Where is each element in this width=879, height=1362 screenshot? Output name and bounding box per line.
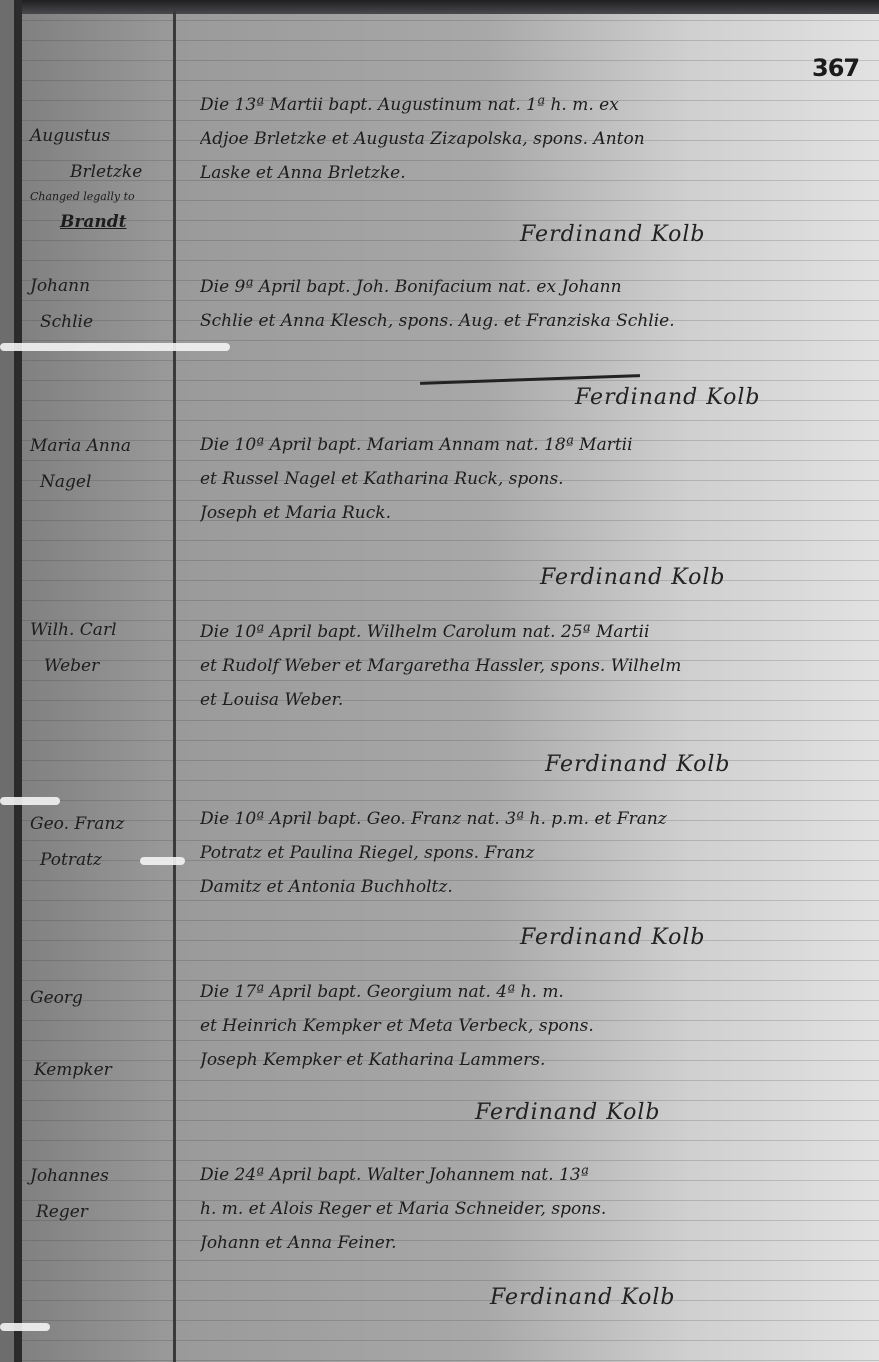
left-column-rule bbox=[14, 0, 22, 1362]
margin-name-entry-6: Georg Kempker bbox=[30, 980, 175, 1088]
entry-line: Die 10ª April bapt. Wilhelm Carolum nat.… bbox=[200, 615, 865, 649]
entry-5-text: Die 10ª April bapt. Geo. Franz nat. 3ª h… bbox=[200, 802, 865, 904]
margin-name-entry-7: Johannes Reger bbox=[30, 1158, 175, 1230]
ink-stroke bbox=[420, 374, 640, 385]
margin-given-name: Geo. Franz bbox=[30, 814, 124, 834]
entry-line: Schlie et Anna Klesch, spons. Aug. et Fr… bbox=[200, 304, 865, 338]
margin-name-entry-2: Johann Schlie bbox=[30, 268, 175, 340]
entry-line: Johann et Anna Feiner. bbox=[200, 1226, 865, 1260]
entry-line: et Heinrich Kempker et Meta Verbeck, spo… bbox=[200, 1009, 865, 1043]
entry-2-text: Die 9ª April bapt. Joh. Bonifacium nat. … bbox=[200, 270, 865, 338]
margin-surname: Schlie bbox=[30, 312, 93, 332]
signature-entry-2: Ferdinand Kolb bbox=[575, 385, 875, 410]
page-number: 367 bbox=[812, 54, 859, 82]
signature-entry-4: Ferdinand Kolb bbox=[545, 752, 845, 777]
scan-smudge bbox=[140, 857, 185, 865]
entry-line: Die 10ª April bapt. Mariam Annam nat. 18… bbox=[200, 428, 865, 462]
entry-line: Potratz et Paulina Riegel, spons. Franz bbox=[200, 836, 865, 870]
margin-name-entry-1: Augustus Brletzke Changed legally to Bra… bbox=[30, 118, 175, 240]
entry-line: et Russel Nagel et Katharina Ruck, spons… bbox=[200, 462, 865, 496]
entry-line: et Louisa Weber. bbox=[200, 683, 865, 717]
entry-line: Die 13ª Martii bapt. Augustinum nat. 1ª … bbox=[200, 88, 865, 122]
entry-line: et Rudolf Weber et Margaretha Hassler, s… bbox=[200, 649, 865, 683]
entry-1-text: Die 13ª Martii bapt. Augustinum nat. 1ª … bbox=[200, 88, 865, 190]
margin-surname: Nagel bbox=[30, 472, 91, 492]
entry-line: Damitz et Antonia Buchholtz. bbox=[200, 870, 865, 904]
entry-line: Die 24ª April bapt. Walter Johannem nat.… bbox=[200, 1158, 865, 1192]
entry-3-text: Die 10ª April bapt. Mariam Annam nat. 18… bbox=[200, 428, 865, 530]
margin-surname-changed: Brandt bbox=[30, 212, 126, 232]
margin-note: Changed legally to bbox=[30, 190, 175, 204]
signature-entry-1: Ferdinand Kolb bbox=[520, 222, 820, 247]
entry-6-text: Die 17ª April bapt. Georgium nat. 4ª h. … bbox=[200, 975, 865, 1077]
signature-entry-6: Ferdinand Kolb bbox=[475, 1100, 775, 1125]
scan-smudge bbox=[0, 797, 60, 805]
entry-line: Joseph Kempker et Katharina Lammers. bbox=[200, 1043, 865, 1077]
margin-given-name: Georg bbox=[30, 988, 83, 1008]
entry-line: h. m. et Alois Reger et Maria Schneider,… bbox=[200, 1192, 865, 1226]
margin-name-entry-5: Geo. Franz Potratz bbox=[30, 806, 175, 878]
entry-line: Joseph et Maria Ruck. bbox=[200, 496, 865, 530]
signature-entry-7: Ferdinand Kolb bbox=[490, 1285, 790, 1310]
entry-7-text: Die 24ª April bapt. Walter Johannem nat.… bbox=[200, 1158, 865, 1260]
scan-smudge bbox=[0, 343, 230, 351]
margin-surname: Potratz bbox=[30, 850, 102, 870]
scan-left-edge bbox=[0, 0, 14, 1362]
margin-surname: Weber bbox=[30, 656, 99, 676]
entry-line: Die 9ª April bapt. Joh. Bonifacium nat. … bbox=[200, 270, 865, 304]
margin-given-name: Johann bbox=[30, 276, 90, 296]
scan-top-edge bbox=[0, 0, 879, 14]
margin-surname: Kempker bbox=[30, 1060, 112, 1080]
entry-line: Die 10ª April bapt. Geo. Franz nat. 3ª h… bbox=[200, 802, 865, 836]
scan-smudge bbox=[0, 1323, 50, 1331]
margin-name-entry-4: Wilh. Carl Weber bbox=[30, 612, 175, 684]
margin-surname: Reger bbox=[30, 1202, 88, 1222]
entry-line: Laske et Anna Brletzke. bbox=[200, 156, 865, 190]
margin-name-entry-3: Maria Anna Nagel bbox=[30, 428, 175, 500]
signature-entry-5: Ferdinand Kolb bbox=[520, 925, 820, 950]
register-page: 367 Augustus Brletzke Changed legally to… bbox=[0, 0, 879, 1362]
margin-given-name: Wilh. Carl bbox=[30, 620, 117, 640]
signature-entry-3: Ferdinand Kolb bbox=[540, 565, 840, 590]
entry-4-text: Die 10ª April bapt. Wilhelm Carolum nat.… bbox=[200, 615, 865, 717]
margin-given-name: Maria Anna bbox=[30, 436, 131, 456]
margin-given-name: Augustus bbox=[30, 126, 110, 146]
entry-line: Die 17ª April bapt. Georgium nat. 4ª h. … bbox=[200, 975, 865, 1009]
entry-line: Adjoe Brletzke et Augusta Zizapolska, sp… bbox=[200, 122, 865, 156]
margin-surname: Brletzke bbox=[30, 162, 142, 182]
margin-given-name: Johannes bbox=[30, 1166, 109, 1186]
